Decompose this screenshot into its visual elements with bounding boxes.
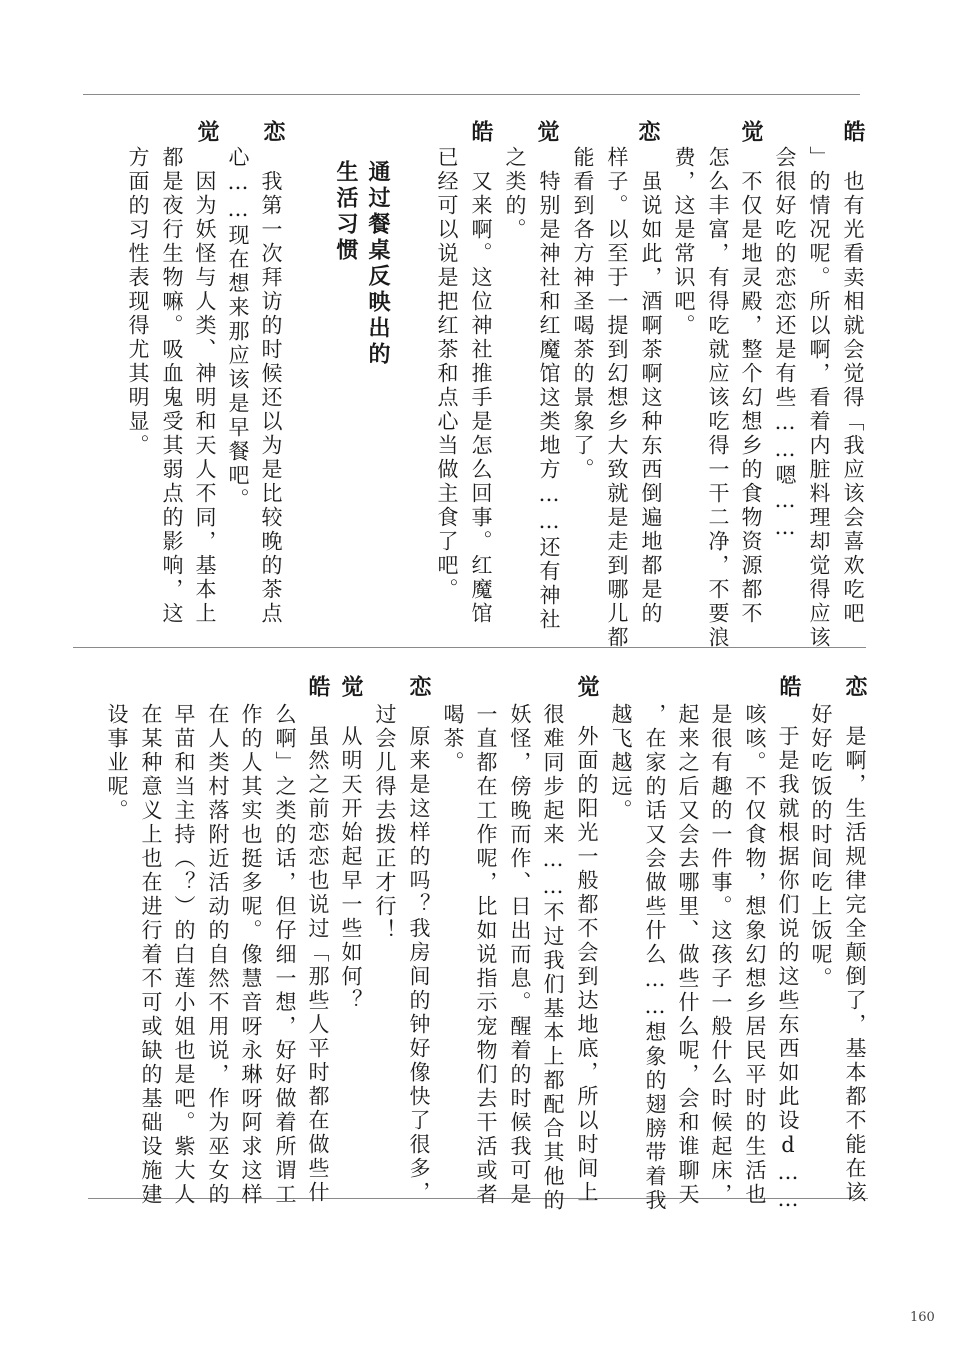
dialogue-line: 已经可以说是把红茶和点心当做主食了吧。: [432, 146, 462, 602]
dialogue-line: 于是我就根据你们说的这些东西如此设d……: [773, 725, 803, 1214]
dialogue-line: 设事业呢。: [102, 703, 132, 823]
speaker-label: 觉: [192, 120, 222, 142]
dialogue-line: 样子。以至于一提到幻想乡大致就是走到哪儿都: [602, 146, 632, 650]
dialogue-line: 能看到各方神圣喝茶的景象了。: [568, 146, 598, 482]
dialogue-line: 过会儿得去拨正才行！: [370, 703, 400, 943]
speaker-label: 皓: [466, 120, 496, 142]
dialogue-line: 作的人其实也挺多呢。像慧音呀永琳呀阿求这样: [236, 703, 266, 1207]
dialogue-line: 虽然之前恋恋也说过「那些人平时都在做些什: [303, 725, 333, 1205]
dialogue-line: 喝茶。: [438, 703, 468, 775]
dialogue-line: 妖怪，傍晚而作、日出而息。醒着的时候我可是: [505, 703, 535, 1207]
dialogue-line: 心……现在想来那应该是早餐吧。: [223, 146, 253, 512]
dialogue-line: 早苗和当主持（？）的白莲小姐也是吧。紫大人: [169, 703, 199, 1207]
speaker-label: 觉: [532, 120, 562, 142]
dialogue-line: 是啊，生活规律完全颠倒了，基本都不能在该: [840, 725, 870, 1205]
page-number: 160: [910, 1310, 935, 1325]
speaker-label: 觉: [572, 675, 602, 697]
dialogue-line: 咳咳。不仅食物，想象幻想乡居民平时的生活也: [740, 703, 770, 1207]
dialogue-line: 也有光看卖相就会觉得「我应该会喜欢吃吧: [838, 170, 868, 626]
section-title-line: 通过餐桌反映出的: [362, 160, 392, 368]
speaker-label: 皓: [303, 675, 333, 697]
dialogue-line: 我第一次拜访的时候还以为是比较晚的茶点: [256, 170, 286, 626]
dialogue-line: 费，这是常识吧。: [669, 146, 699, 338]
dialogue-line: 原来是这样的吗？我房间的钟好像快了很多，: [404, 725, 434, 1205]
dialogue-line: 在某种意义上也在进行着不可或缺的基础设施建: [136, 703, 166, 1207]
dialogue-line: 虽说如此，酒啊茶啊这种东西倒遍地都是的: [636, 170, 666, 626]
dialogue-line: 一直都在工作呢，比如说指示宠物们去干活或者: [471, 703, 501, 1207]
dialogue-line: 在人类村落附近活动的自然不用说，作为巫女的: [203, 703, 233, 1207]
speaker-label: 恋: [840, 675, 870, 697]
dialogue-line: ，在家的话又会做些什么……想象的翅膀带着我: [640, 703, 670, 1213]
dialogue-line: 从明天开始起早一些如何？: [336, 725, 366, 1013]
speaker-label: 恋: [258, 120, 288, 142]
dialogue-line: 会很好吃的恋恋还是有些……嗯……: [770, 146, 800, 542]
divider-top: [83, 94, 860, 95]
dialogue-line: 因为妖怪与人类、神明和天人不同，基本上: [190, 170, 220, 626]
dialogue-line: 怎么丰富，有得吃就应该吃得一干二净，不要浪: [703, 146, 733, 650]
speaker-label: 恋: [404, 675, 434, 697]
speaker-label: 恋: [633, 120, 663, 142]
dialogue-line: 不仅是地灵殿，整个幻想乡的食物资源都不: [736, 170, 766, 626]
speaker-label: 觉: [336, 675, 366, 697]
dialogue-line: 」的情况呢。所以啊，看着内脏料理却觉得应该: [804, 146, 834, 650]
dialogue-line: 么啊」之类的话，但仔细一想，好好做着所谓工: [270, 703, 300, 1207]
dialogue-line: 好好吃饭的时间吃上饭呢。: [806, 703, 836, 991]
dialogue-line: 外面的阳光一般都不会到达地底，所以时间上: [572, 725, 602, 1205]
dialogue-line: 越飞越远。: [606, 703, 636, 823]
speaker-label: 皓: [838, 120, 868, 142]
dialogue-line: 又来啊。这位神社推手是怎么回事。红魔馆: [466, 170, 496, 626]
speaker-label: 皓: [774, 675, 804, 697]
section-title-line: 生活习惯: [330, 160, 360, 264]
divider-middle: [73, 647, 866, 648]
dialogue-line: 方面的习性表现得尤其明显。: [123, 146, 153, 458]
speaker-label: 觉: [736, 120, 766, 142]
dialogue-line: 起来之后又会去哪里、做些什么呢，会和谁聊天: [673, 703, 703, 1207]
dialogue-line: 是很有趣的一件事。这孩子一般什么时候起床，: [706, 703, 736, 1207]
dialogue-line: 特别是神社和红魔馆这类地方……还有神社: [534, 170, 564, 632]
dialogue-line: 之类的。: [500, 146, 530, 242]
dialogue-line: 都是夜行生物嘛。吸血鬼受其弱点的影响，这: [157, 146, 187, 626]
dialogue-line: 很难同步起来……不过我们基本上都配合其他的: [538, 703, 568, 1213]
